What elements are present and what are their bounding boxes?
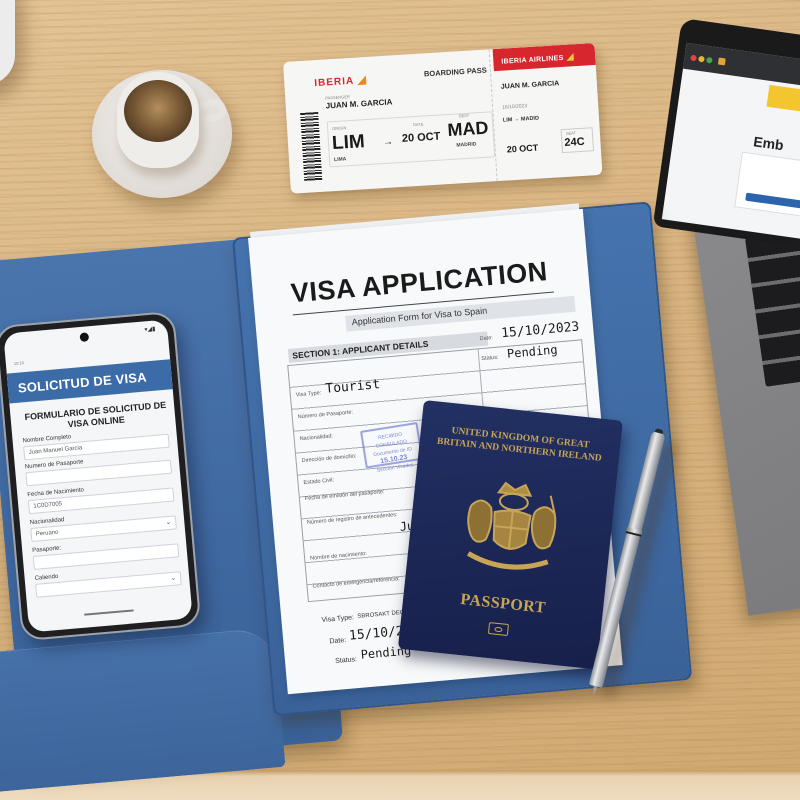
nationality-value: Peruano bbox=[36, 530, 59, 538]
minimize-dot-icon[interactable] bbox=[698, 56, 705, 63]
chevron-down-icon: ⌄ bbox=[165, 518, 172, 526]
app-header: SOLICITUD DE VISA bbox=[7, 359, 173, 403]
airline-logo: IBERIA ◢ bbox=[314, 73, 367, 89]
date-value: 15/10/2023 bbox=[501, 319, 580, 341]
biometric-chip-icon bbox=[488, 622, 509, 636]
mug bbox=[0, 0, 15, 85]
stub-passenger-name: JUAN M. GARCIA bbox=[501, 80, 560, 91]
favicon-icon bbox=[718, 58, 726, 66]
destination-code: MAD bbox=[447, 118, 489, 141]
destination-label: DEST bbox=[458, 113, 469, 119]
barcode bbox=[300, 112, 322, 181]
origin-city: LIMA bbox=[334, 156, 347, 163]
iberia-bird-icon: ◢ bbox=[357, 74, 367, 87]
status-icons: ▾◢▮ bbox=[144, 325, 156, 333]
airline-logo-text: IBERIA bbox=[314, 76, 354, 89]
footer-visa-type-value: SBROSAKT DEO bbox=[357, 610, 405, 620]
stub-issue-date: 16/10/2023 bbox=[502, 103, 527, 111]
smartphone: ▾◢▮ 10:10 SOLICITUD DE VISA FORMULARIO D… bbox=[0, 311, 201, 641]
boarding-pass: IBERIA ◢ BOARDING PASS IBERIA AIRLINES◢ … bbox=[283, 43, 602, 194]
status-time: 10:10 bbox=[14, 360, 24, 366]
chevron-down-icon: ⌄ bbox=[170, 574, 177, 582]
site-logo bbox=[766, 85, 800, 112]
passport-label: PASSPORT bbox=[423, 587, 584, 622]
uk-passport: UNITED KINGDOM OF GREAT BRITAIN AND NORT… bbox=[398, 400, 623, 670]
seat-label: SEAT bbox=[566, 130, 576, 136]
browser-toolbar bbox=[683, 43, 800, 88]
home-indicator[interactable] bbox=[84, 609, 134, 615]
footer-status-label: Status: bbox=[335, 656, 357, 665]
laptop-display: Emb bbox=[662, 43, 800, 239]
origin-label: ORIGIN bbox=[332, 125, 347, 131]
site-card bbox=[734, 152, 800, 219]
seat-number: 24C bbox=[564, 136, 585, 149]
stub-date: 20 OCT bbox=[506, 143, 538, 155]
pen-band bbox=[626, 527, 643, 537]
camera-icon bbox=[79, 332, 89, 342]
field-label-passport: Pasaporte: bbox=[32, 545, 61, 554]
laptop-screen: Emb bbox=[653, 18, 800, 245]
date-label: Date: bbox=[479, 335, 493, 342]
site-heading: Emb bbox=[752, 133, 784, 153]
footer-date-label: Date: bbox=[329, 637, 346, 645]
close-dot-icon[interactable] bbox=[690, 55, 697, 62]
date-label: DATE bbox=[413, 122, 424, 128]
folder-pocket bbox=[0, 627, 286, 793]
stub-header: IBERIA AIRLINES◢ bbox=[493, 43, 596, 71]
phone-screen: ▾◢▮ 10:10 SOLICITUD DE VISA FORMULARIO D… bbox=[3, 319, 193, 632]
flight-date: 20 OCT bbox=[402, 131, 441, 145]
iberia-bird-icon: ◢ bbox=[566, 51, 574, 61]
coffee bbox=[124, 80, 192, 142]
field-label-extra: Caliendo bbox=[34, 574, 58, 582]
maximize-dot-icon[interactable] bbox=[706, 57, 713, 64]
form-title: FORMULARIO DE SOLICITUD DE VISA ONLINE bbox=[20, 399, 171, 434]
stub-route: LIM → MADID bbox=[503, 115, 539, 123]
footer-visa-type-label: Visa Type: bbox=[321, 614, 354, 624]
arrow-right-icon: → bbox=[383, 136, 394, 148]
origin-code: LIM bbox=[331, 131, 365, 155]
passport-country: UNITED KINGDOM OF GREAT BRITAIN AND NORT… bbox=[433, 423, 607, 465]
consulate-stamp: RECIBIDO CONSULADO Documento de ID 15.10… bbox=[360, 422, 423, 469]
destination-city: MADRID bbox=[456, 141, 476, 148]
stub-header-text: IBERIA AIRLINES bbox=[501, 55, 564, 66]
boarding-pass-title: BOARDING PASS bbox=[424, 66, 487, 79]
coat-of-arms-icon bbox=[452, 474, 570, 585]
